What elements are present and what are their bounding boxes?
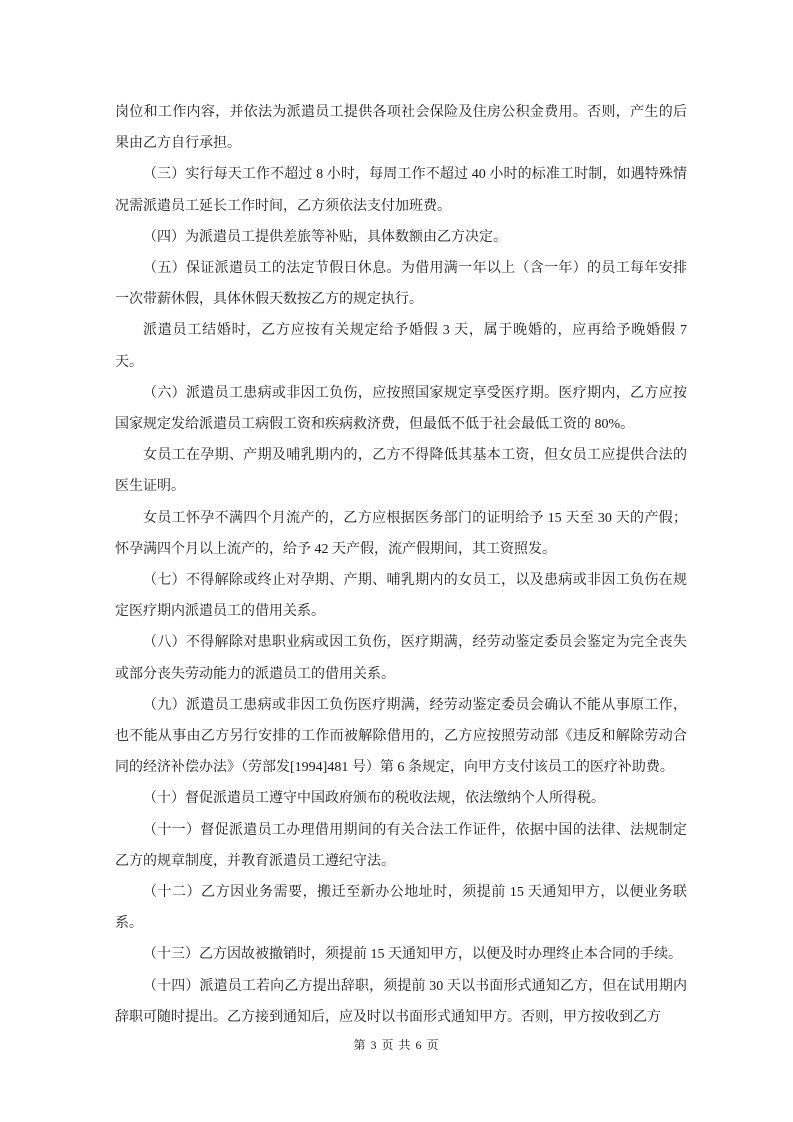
paragraph: （五）保证派遣员工的法定节假日休息。为借用满一年以上（含一年）的员工每年安排一次…: [115, 253, 687, 315]
paragraph: 女员工怀孕不满四个月流产的，乙方应根据医务部门的证明给予 15 天至 30 天的…: [115, 503, 687, 565]
document-body: 岗位和工作内容，并依法为派遣员工提供各项社会保险及住房公积金费用。否则，产生的后…: [115, 97, 687, 1033]
paragraph: 女员工在孕期、产期及哺乳期内的，乙方不得降低其基本工资，但女员工应提供合法的医生…: [115, 440, 687, 502]
document-page: 岗位和工作内容，并依法为派遣员工提供各项社会保险及住房公积金费用。否则，产生的后…: [0, 0, 793, 1122]
page-footer: 第 3 页 共 6 页: [0, 1036, 793, 1053]
paragraph: （十一）督促派遣员工办理借用期间的有关合法工作证件，依据中国的法律、法规制定乙方…: [115, 815, 687, 877]
paragraph: 派遣员工结婚时，乙方应按有关规定给予婚假 3 天，属于晚婚的，应再给予晚婚假 7…: [115, 315, 687, 377]
paragraph: （六）派遣员工患病或非因工负伤，应按照国家规定享受医疗期。医疗期内，乙方应按国家…: [115, 378, 687, 440]
paragraph: （十）督促派遣员工遵守中国政府颁布的税收法规，依法缴纳个人所得税。: [115, 783, 687, 814]
paragraph: （三）实行每天工作不超过 8 小时，每周工作不超过 40 小时的标准工时制，如遇…: [115, 159, 687, 221]
paragraph: （四）为派遣员工提供差旅等补贴，具体数额由乙方决定。: [115, 222, 687, 253]
paragraph: （八）不得解除对患职业病或因工负伤，医疗期满，经劳动鉴定委员会鉴定为完全丧失或部…: [115, 627, 687, 689]
paragraph: 岗位和工作内容，并依法为派遣员工提供各项社会保险及住房公积金费用。否则，产生的后…: [115, 97, 687, 159]
paragraph: （十三）乙方因故被撤销时，须提前 15 天通知甲方，以便及时办理终止本合同的手续…: [115, 939, 687, 970]
paragraph: （七）不得解除或终止对孕期、产期、哺乳期内的女员工，以及患病或非因工负伤在规定医…: [115, 565, 687, 627]
paragraph: （十二）乙方因业务需要，搬迁至新办公地址时，须提前 15 天通知甲方，以便业务联…: [115, 877, 687, 939]
paragraph: （九）派遣员工患病或非因工负伤医疗期满，经劳动鉴定委员会确认不能从事原工作，也不…: [115, 690, 687, 784]
page-number: 第 3 页 共 6 页: [353, 1038, 439, 1052]
paragraph: （十四）派遣员工若向乙方提出辞职，须提前 30 天以书面形式通知乙方，但在试用期…: [115, 971, 687, 1033]
